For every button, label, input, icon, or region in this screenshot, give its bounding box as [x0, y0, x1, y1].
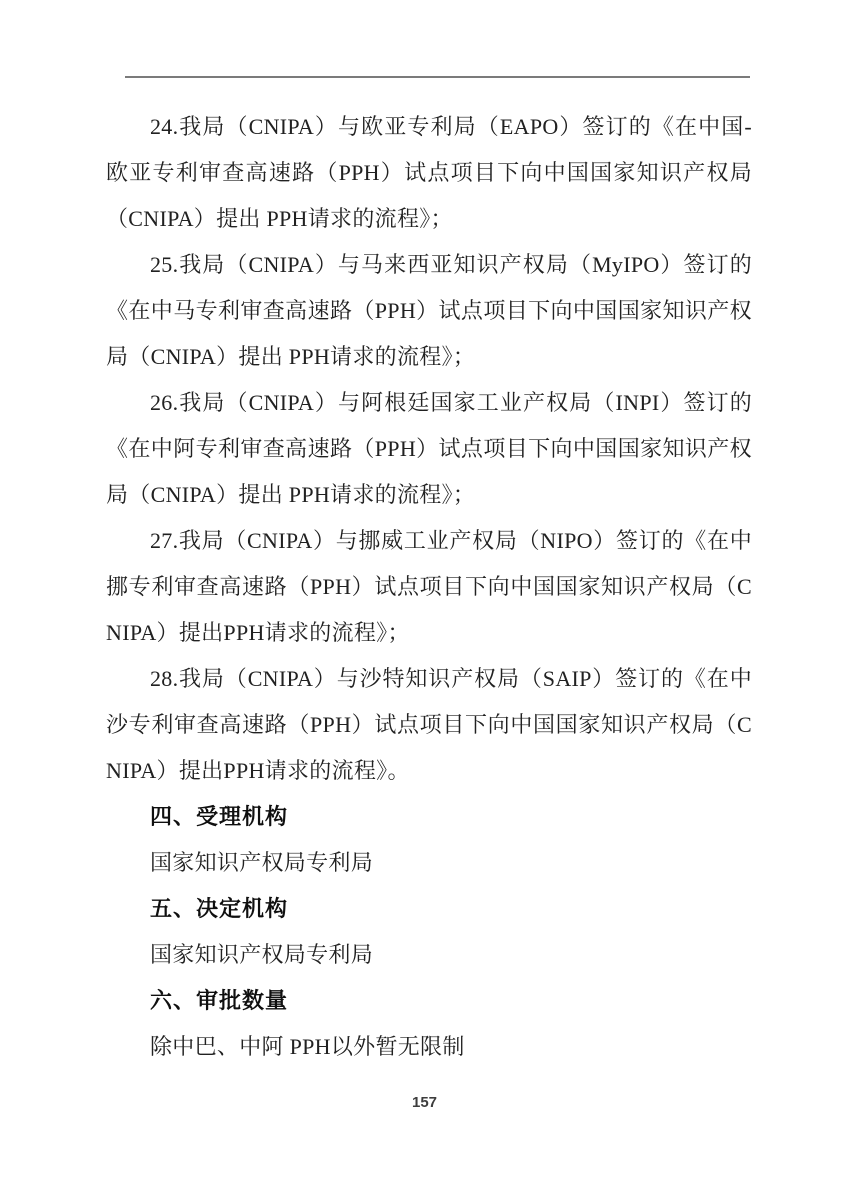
section-heading-deciding-authority: 五、决定机构	[106, 886, 752, 932]
page-content: 24.我局（CNIPA）与欧亚专利局（EAPO）签订的《在中国-欧亚专利审查高速…	[106, 104, 752, 1070]
paragraph-25: 25.我局（CNIPA）与马来西亚知识产权局（MyIPO）签订的《在中马专利审查…	[106, 242, 752, 380]
page-number: 157	[0, 1094, 849, 1111]
header-rule	[125, 76, 750, 78]
section-heading-accepting-authority: 四、受理机构	[106, 794, 752, 840]
paragraph-27: 27.我局（CNIPA）与挪威工业产权局（NIPO）签订的《在中挪专利审查高速路…	[106, 518, 752, 656]
section-heading-approval-quantity: 六、审批数量	[106, 978, 752, 1024]
section-body-accepting-authority: 国家知识产权局专利局	[106, 840, 752, 886]
paragraph-24: 24.我局（CNIPA）与欧亚专利局（EAPO）签订的《在中国-欧亚专利审查高速…	[106, 104, 752, 242]
section-body-approval-quantity: 除中巴、中阿 PPH以外暂无限制	[106, 1024, 752, 1070]
section-body-deciding-authority: 国家知识产权局专利局	[106, 932, 752, 978]
document-page: 24.我局（CNIPA）与欧亚专利局（EAPO）签订的《在中国-欧亚专利审查高速…	[0, 0, 849, 1200]
paragraph-28: 28.我局（CNIPA）与沙特知识产权局（SAIP）签订的《在中沙专利审查高速路…	[106, 656, 752, 794]
paragraph-26: 26.我局（CNIPA）与阿根廷国家工业产权局（INPI）签订的《在中阿专利审查…	[106, 380, 752, 518]
